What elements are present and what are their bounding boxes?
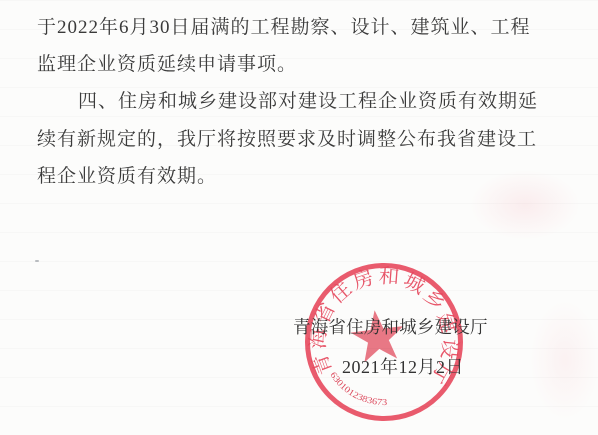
signature-date: 2021年12月2日 — [342, 355, 464, 379]
body-text-line: 于2022年6月30日届满的工程勘察、设计、建筑业、工程 — [37, 15, 531, 40]
body-text-line: 续有新规定的，我厅将按照要求及时调整公布我省建设工 — [37, 127, 537, 152]
scan-speck — [35, 260, 39, 262]
signature-agency: 青海省住房和城乡建设厅 — [293, 315, 488, 339]
body-text-line: 四、住房和城乡建设部对建设工程企业资质有效期延 — [78, 89, 538, 114]
body-text-line: 程企业资质有效期。 — [37, 164, 217, 189]
body-text-line: 监理企业资质延续申请事项。 — [37, 52, 297, 77]
official-seal: 青海省住房和城乡建设厅 6301012383673 — [302, 260, 466, 424]
document-page: 于2022年6月30日届满的工程勘察、设计、建筑业、工程 监理企业资质延续申请事… — [0, 0, 598, 435]
seal-ink-smudge — [530, 300, 598, 420]
seal-ink-smudge — [470, 170, 580, 240]
